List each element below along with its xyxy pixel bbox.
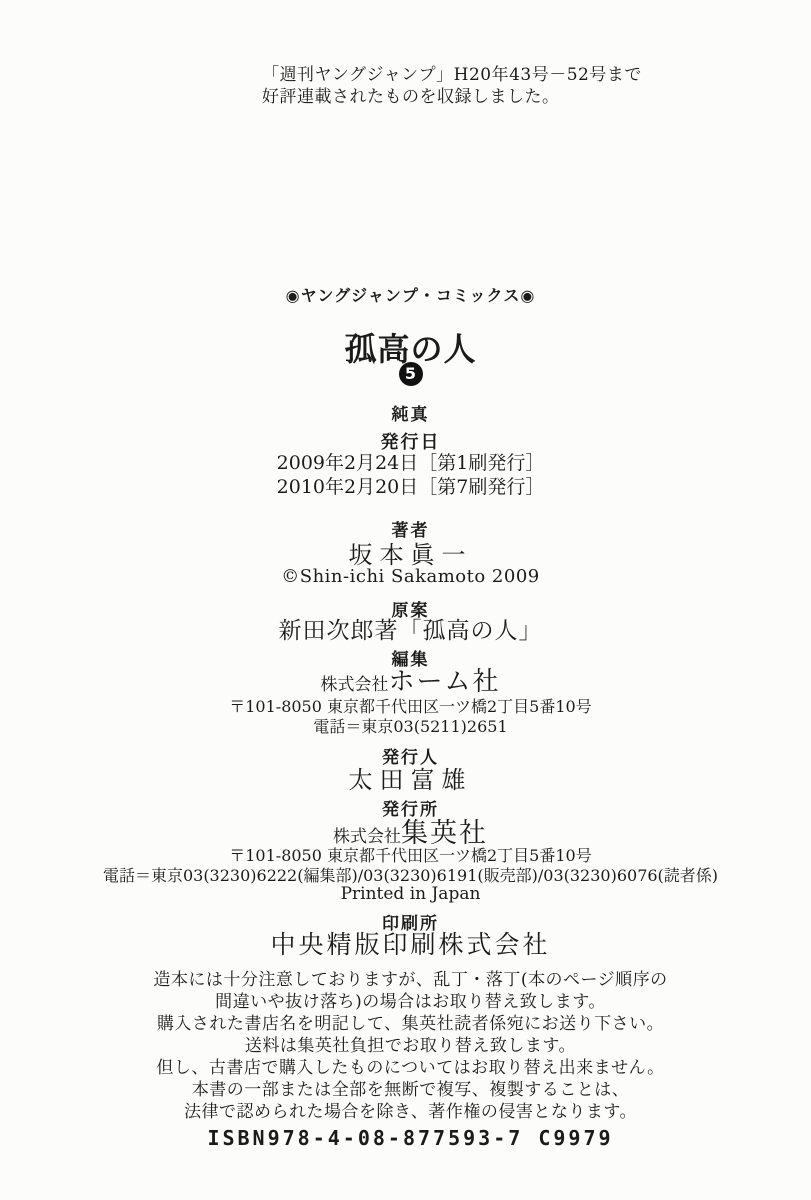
volume-badge-row: 5 xyxy=(0,362,811,386)
volume-number: 5 xyxy=(405,366,416,382)
editor-phone: 電話＝東京03(5211)2651 xyxy=(0,714,811,737)
notice-line: 送料は集英社負担でお取り替え致します。 xyxy=(10,1035,811,1057)
serialization-note-line1: 「週刊ヤングジャンプ」H20年43号－52号まで xyxy=(262,64,642,86)
isbn-line: ISBN978-4-08-877593-7 C9979 xyxy=(0,1126,811,1150)
printing-line-first: 2009年2月24日［第1刷発行］ xyxy=(10,451,811,475)
replacement-notice: 造本には十分注意しておりますが、乱丁・落丁(本のページ順序の 間違いや抜け落ち)… xyxy=(0,969,811,1123)
printer-name: 中央精版印刷株式会社 xyxy=(0,925,811,961)
editor-company-prefix: 株式会社 xyxy=(320,675,388,695)
notice-line: 但し、古書店で購入したものについてはお取り替え出来ません。 xyxy=(10,1057,811,1079)
publisher-person-name: 太田富雄 xyxy=(0,760,811,795)
notice-line: 購入された書店名を明記して、集英社読者係宛にお送り下さい。 xyxy=(10,1013,811,1035)
serialization-note: 「週刊ヤングジャンプ」H20年43号－52号まで 好評連載されたものを収録しまし… xyxy=(262,64,642,108)
notice-line: 間違いや抜け落ち)の場合はお取り替え致します。 xyxy=(10,991,811,1013)
notice-line: 造本には十分注意しておりますが、乱丁・落丁(本のページ順序の xyxy=(10,969,811,991)
original-work-credit: 新田次郎著「孤高の人」 xyxy=(0,612,811,645)
volume-subtitle: 純真 xyxy=(0,400,811,425)
printing-line-seventh: 2010年2月20日［第7刷発行］ xyxy=(10,475,811,499)
serialization-note-line2: 好評連載されたものを収録しました。 xyxy=(262,86,642,108)
printing-history: 2009年2月24日［第1刷発行］ 2010年2月20日［第7刷発行］ xyxy=(0,451,811,499)
editor-company: 株式会社ホーム社 xyxy=(0,661,811,698)
copyright-line: ©Shin-ichi Sakamoto 2009 xyxy=(0,566,811,587)
imprint-label: ◉ヤングジャンプ・コミックス◉ xyxy=(0,283,811,306)
colophon-page: 「週刊ヤングジャンプ」H20年43号－52号まで 好評連載されたものを収録しまし… xyxy=(0,0,811,1200)
author-name: 坂本眞一 xyxy=(0,535,811,570)
publisher-phone: 電話＝東京03(3230)6222(編集部)/03(3230)6191(販売部)… xyxy=(0,863,811,886)
volume-badge: 5 xyxy=(399,362,423,386)
editor-company-name: ホーム社 xyxy=(388,667,500,697)
printed-in-japan: Printed in Japan xyxy=(0,884,811,904)
notice-line: 本書の一部または全部を無断で複写、複製することは、 xyxy=(10,1079,811,1101)
notice-line: 法律で認められた場合を除き、著作権の侵害となります。 xyxy=(10,1101,811,1123)
